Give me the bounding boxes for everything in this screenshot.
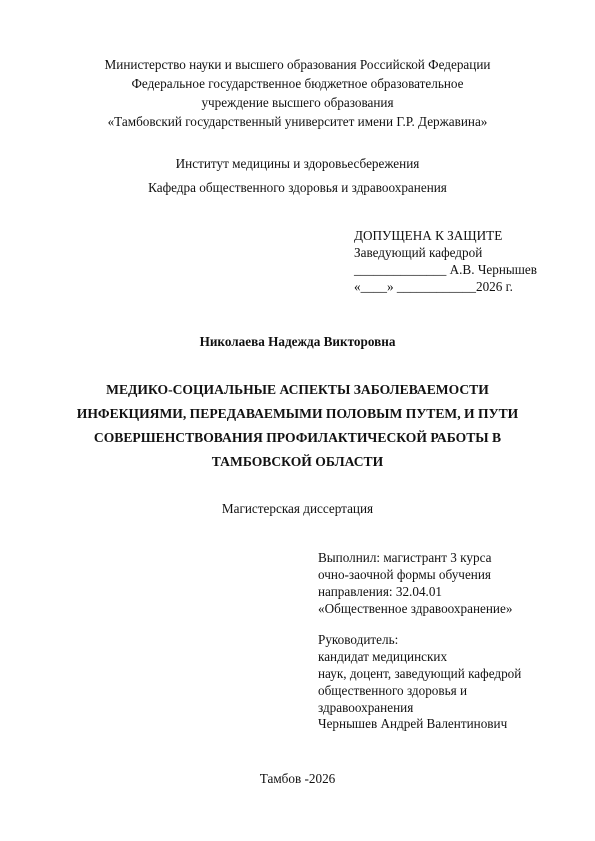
- title-line: СОВЕРШЕНСТВОВАНИЯ ПРОФИЛАКТИЧЕСКОЙ РАБОТ…: [0, 426, 595, 450]
- supervisor-line: наук, доцент, заведующий кафедрой: [318, 665, 521, 683]
- supervisor-line: Руководитель:: [318, 631, 398, 649]
- approval-date: «____» ____________2026 г.: [354, 278, 513, 296]
- approval-heading: ДОПУЩЕНА К ЗАЩИТЕ: [354, 227, 502, 245]
- performer-line: направления: 32.04.01: [318, 583, 442, 601]
- department-name: Кафедра общественного здоровья и здравоо…: [0, 179, 595, 197]
- author-name: Николаева Надежда Викторовна: [0, 333, 595, 351]
- supervisor-line: общественного здоровья и: [318, 682, 467, 700]
- performer-line: Выполнил: магистрант 3 курса: [318, 549, 491, 567]
- approval-role: Заведующий кафедрой: [354, 244, 482, 262]
- institution-line: учреждение высшего образования: [0, 94, 595, 112]
- performer-line: очно-заочной формы обучения: [318, 566, 491, 584]
- city-year: Тамбов -2026: [0, 770, 595, 788]
- title-line: ИНФЕКЦИЯМИ, ПЕРЕДАВАЕМЫМИ ПОЛОВЫМ ПУТЕМ,…: [0, 402, 595, 426]
- title-line: ТАМБОВСКОЙ ОБЛАСТИ: [0, 450, 595, 474]
- performer-line: «Общественное здравоохранение»: [318, 600, 512, 618]
- supervisor-line: кандидат медицинских: [318, 648, 447, 666]
- work-type: Магистерская диссертация: [0, 500, 595, 518]
- university-name: «Тамбовский государственный университет …: [0, 113, 595, 131]
- ministry-line: Министерство науки и высшего образования…: [0, 56, 595, 74]
- institute-name: Институт медицины и здоровьесбережения: [0, 155, 595, 173]
- title-line: МЕДИКО-СОЦИАЛЬНЫЕ АСПЕКТЫ ЗАБОЛЕВАЕМОСТИ: [0, 378, 595, 402]
- supervisor-name: Чернышев Андрей Валентинович: [318, 715, 507, 733]
- university-type-line: Федеральное государственное бюджетное об…: [0, 75, 595, 93]
- approval-signature: ______________ А.В. Чернышев: [354, 261, 537, 279]
